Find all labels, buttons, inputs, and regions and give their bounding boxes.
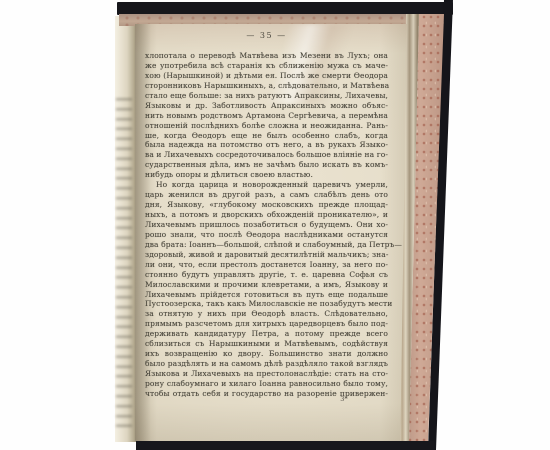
text-line: ли они, что, если престолъ достанется Іо… <box>145 260 388 270</box>
text-line: стоянно будутъ управлять другіе, т. е. ц… <box>145 270 388 280</box>
text-line: прямымъ разсчетомъ для хитрыхъ царедворц… <box>145 319 388 329</box>
book-photo: — 35 — хлопотала о переводѣ Матвѣева изъ… <box>0 0 550 450</box>
text-line: Языковы и др. Заботливость Апраксиныхъ м… <box>145 101 388 111</box>
text-line: хою (Нарышкиной) и дѣтьми ея. Послѣ же с… <box>145 71 388 81</box>
text-line: Но когда царица и новорожденный царевичъ… <box>145 180 388 190</box>
book-cover-bottom-edge <box>136 441 434 450</box>
text-line: стало еще больше: за нихъ ратуютъ Апракс… <box>145 91 388 101</box>
text-line: Лихачевымъ прійдется готовиться въ путь … <box>145 290 388 300</box>
text-line: же употребила всѣ старанія къ сближенію … <box>145 61 388 71</box>
text-line: хлопотала о переводѣ Матвѣева изъ Мезени… <box>145 51 388 61</box>
text-line: ше, когда Ѳеодоръ еще не былъ особенно с… <box>145 131 388 141</box>
signature-mark: 3* <box>333 395 355 403</box>
facing-page-blurred-text <box>116 98 132 428</box>
text-line: царь женился въ другой разъ, а самъ слаб… <box>145 190 388 200</box>
text-line: сторонниковъ Нарышкиныхъ, а, слѣдователь… <box>145 81 388 91</box>
text-line: нибудь опоры и дѣлиться своею властью. <box>145 170 388 180</box>
text-line: была надежда на потомство отъ него, а въ… <box>145 140 388 150</box>
text-line: Лихачевымъ пришлось позаботиться о будущ… <box>145 220 388 230</box>
text-line: сблизиться съ Нарышкиными и Матвѣевымъ, … <box>145 339 388 349</box>
page-number: — 35 — <box>145 31 388 41</box>
page-text: хлопотала о переводѣ Матвѣева изъ Мезени… <box>145 51 388 399</box>
text-line: дня, Языкову, «глубокому московскихъ пре… <box>145 200 388 210</box>
text-line: Пустоозерска, такъ какъ Милославскіе не … <box>145 299 388 309</box>
text-line: рону слабоумнаго и хилаго Іоанна равноси… <box>145 379 388 389</box>
text-line: нить новымъ родствомъ Артамона Сергѣевич… <box>145 111 388 121</box>
text-line: Милославскими и прочими клевретами, а им… <box>145 280 388 290</box>
text-line: рошо знали, что послѣ Ѳеодора наслѣдника… <box>145 230 388 240</box>
text-line: два брата: Іоаннъ—большой, слѣпой и слаб… <box>145 240 388 250</box>
text-line: ныхъ, а потомъ и дворскихъ обхожденій пр… <box>145 210 388 220</box>
text-line: Языкова и Лихачевыхъ на престолонаслѣдіе… <box>145 369 388 379</box>
text-line: за отнятую у нихъ при Ѳеодорѣ власть. Сл… <box>145 309 388 319</box>
text-line: отношеній послѣднихъ болѣе сложна и неож… <box>145 121 388 131</box>
text-line: здоровый, живой и даровитый десятилѣтній… <box>145 250 388 260</box>
text-line: сударственныя дѣла, имъ не зачѣмъ было и… <box>145 160 388 170</box>
text-line: ва и Лихачевыхъ сосредоточивалось большо… <box>145 150 388 160</box>
text-line: было раздѣлять и на самомъ дѣлѣ раздѣлял… <box>145 359 388 369</box>
text-line: держивать кандидатуру Петра, а потому пр… <box>145 329 388 339</box>
text-line: ихъ возвращенію ко двору. Большинство зн… <box>145 349 388 359</box>
facing-page-edge <box>115 16 137 442</box>
